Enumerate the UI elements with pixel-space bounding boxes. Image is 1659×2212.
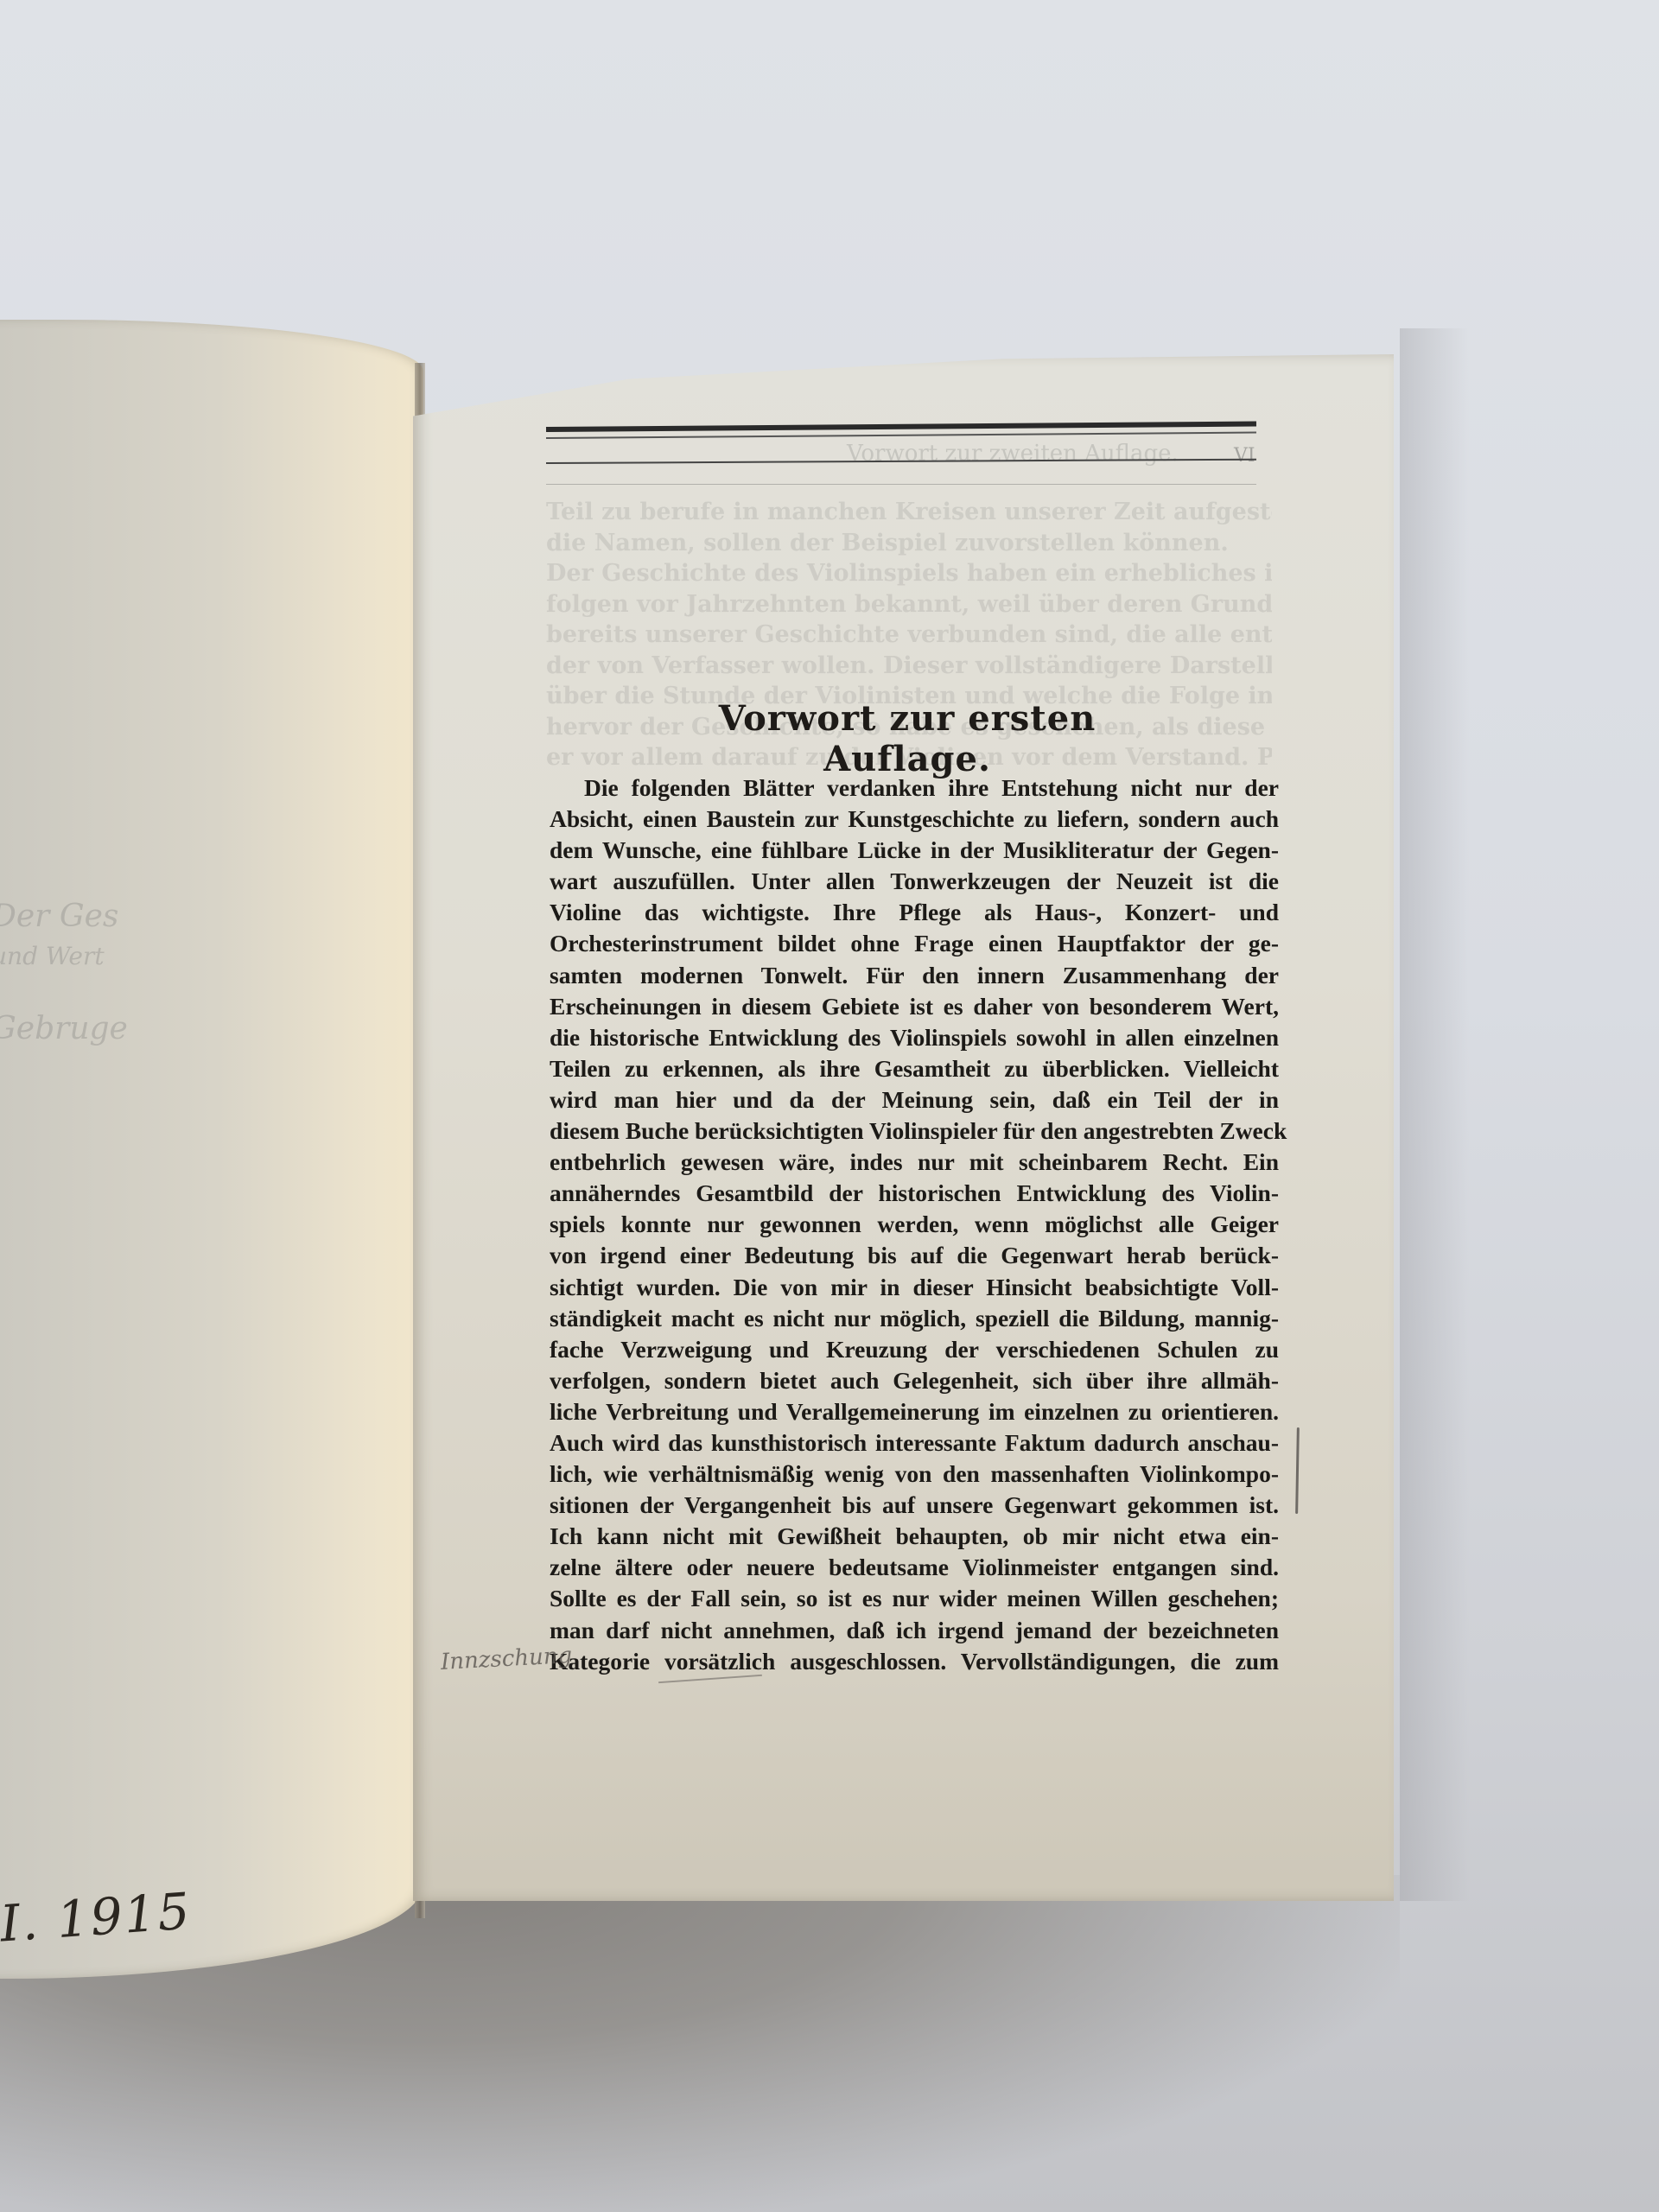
text-line: verfolgen, sondern bietet auch Gelegenhe… bbox=[550, 1365, 1279, 1396]
page-title: Vorwort zur ersten Auflage. bbox=[683, 698, 1132, 779]
text-line: wart auszufüllen. Unter allen Tonwerkzeu… bbox=[550, 866, 1279, 897]
text-line: spiels konnte nur gewonnen werden, wenn … bbox=[550, 1209, 1279, 1240]
text-line: Absicht, einen Baustein zur Kunstgeschic… bbox=[550, 804, 1279, 835]
preface-body: Die folgenden Blätter verdanken ihre Ent… bbox=[550, 772, 1279, 1677]
text-line: sitionen der Vergangenheit bis auf unser… bbox=[550, 1490, 1279, 1521]
show-through-line: Teil zu berufe in manchen Kreisen unsere… bbox=[546, 497, 1272, 528]
text-line: ständigkeit macht es nicht nur möglich, … bbox=[550, 1303, 1279, 1334]
show-through-header: Vorwort zur zweiten Auflage. bbox=[847, 441, 1179, 467]
text-line: liche Verbreitung und Verallgemeinerung … bbox=[550, 1396, 1279, 1427]
text-line: Sollte es der Fall sein, so ist es nur w… bbox=[550, 1583, 1279, 1614]
show-through-line: Der Geschichte des Violinspiels haben ei… bbox=[546, 558, 1272, 589]
show-through-text: Der Ges bbox=[0, 899, 118, 934]
show-through-line: die Namen, sollen der Beispiel zuvorstel… bbox=[546, 528, 1272, 559]
text-line: dem Wunsche, eine fühlbare Lücke in der … bbox=[550, 835, 1279, 866]
text-line: von irgend einer Bedeutung bis auf die G… bbox=[550, 1240, 1279, 1271]
text-line: die historische Entwicklung des Violinsp… bbox=[550, 1022, 1279, 1053]
text-line: Orchesterinstrument bildet ohne Frage ei… bbox=[550, 928, 1279, 959]
text-line: samten modernen Tonwelt. Für den innern … bbox=[550, 960, 1279, 991]
text-line: Violine das wichtigste. Ihre Pflege als … bbox=[550, 897, 1279, 928]
text-line: zelne ältere oder neuere bedeutsame Viol… bbox=[550, 1552, 1279, 1583]
text-line: Erscheinungen in diesem Gebiete ist es d… bbox=[550, 991, 1279, 1022]
text-line: sichtigt wurden. Die von mir in dieser H… bbox=[550, 1272, 1279, 1303]
text-line: wird man hier und da der Meinung sein, d… bbox=[550, 1084, 1279, 1116]
text-line: diesem Buche berücksichtigten Violinspie… bbox=[550, 1116, 1279, 1147]
show-through-line: folgen vor Jahrzehnten bekannt, weil übe… bbox=[546, 589, 1272, 620]
text-line: Teilen zu erkennen, als ihre Gesamtheit … bbox=[550, 1053, 1279, 1084]
text-line: Auch wird das kunsthistorisch interessan… bbox=[550, 1427, 1279, 1459]
text-line: Ich kann nicht mit Gewißheit behaupten, … bbox=[550, 1521, 1279, 1552]
left-page: Der Ges und Wert Gebruge bbox=[0, 320, 423, 1979]
text-line: fache Verzweigung und Kreuzung der versc… bbox=[550, 1334, 1279, 1365]
show-through-rule bbox=[546, 484, 1256, 485]
text-line: Die folgenden Blätter verdanken ihre Ent… bbox=[550, 772, 1279, 804]
page-edge-shadow bbox=[1400, 328, 1469, 1901]
text-line: annäherndes Gesamtbild der historischen … bbox=[550, 1178, 1279, 1209]
show-through-line: bereits unserer Geschichte verbunden sin… bbox=[546, 620, 1272, 651]
text-line: entbehrlich gewesen wäre, indes nur mit … bbox=[550, 1147, 1279, 1178]
show-through-page-number: VI bbox=[1234, 445, 1255, 467]
show-through-line: der von Verfasser wollen. Dieser vollstä… bbox=[546, 651, 1272, 682]
text-line: man darf nicht annehmen, daß ich irgend … bbox=[550, 1615, 1279, 1646]
text-line: lich, wie verhältnismäßig wenig von den … bbox=[550, 1459, 1279, 1490]
show-through-text: Gebruge bbox=[0, 1011, 128, 1046]
text-line: Kategorie vorsätzlich ausgeschlossen. Ve… bbox=[550, 1646, 1279, 1677]
show-through-text: und Wert bbox=[0, 942, 105, 970]
